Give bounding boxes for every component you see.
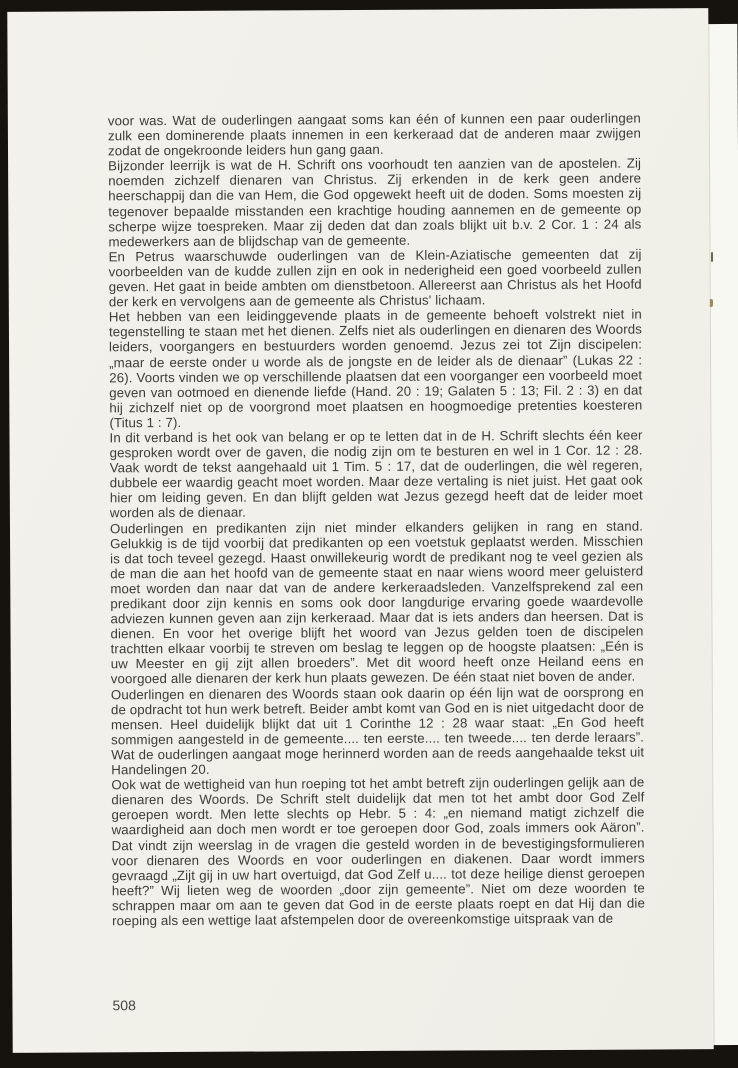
paragraph: Bijzonder leerrijk is wat de H. Schrift … [108,156,641,249]
page-number: 508 [112,997,135,1013]
paragraph: In dit verband is het ook van belang er … [109,427,642,520]
paper-speck [711,252,713,262]
body-text: voor was. Wat de ouderlingen aangaat som… [108,111,645,929]
book-page: voor was. Wat de ouderlingen aangaat som… [7,8,713,1053]
paragraph: Ouderlingen en predikanten zijn niet min… [110,518,644,687]
paragraph: En Petrus waarschuwde ouderlingen van de… [109,246,642,309]
photo-background: voor was. Wat de ouderlingen aangaat som… [0,0,738,1068]
paragraph: Het hebben van een leidinggevende plaats… [109,307,643,431]
paragraph: Ook wat de wettigheid van hun roeping to… [111,775,645,929]
paragraph: Ouderlingen en dienaren des Woords staan… [111,684,644,777]
paragraph: voor was. Wat de ouderlingen aangaat som… [108,111,641,159]
